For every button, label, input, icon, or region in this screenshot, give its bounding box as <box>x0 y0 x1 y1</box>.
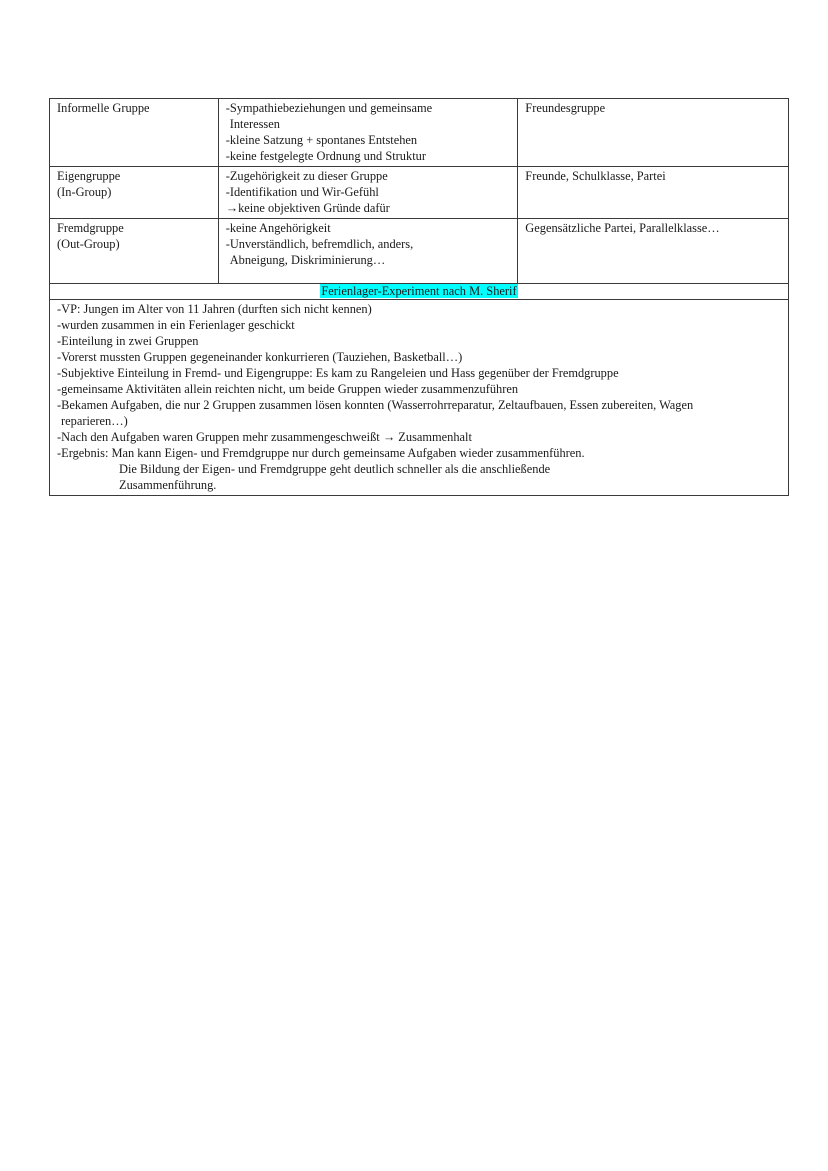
experiment-line: -Einteilung in zwei Gruppen <box>57 333 781 349</box>
feature-line: -keine festgelegte Ordnung und Struktur <box>226 148 511 164</box>
features-cell: -keine Angehörigkeit -Unverständlich, be… <box>218 219 518 284</box>
group-name: Eigengruppe <box>57 168 211 184</box>
experiment-line: -Bekamen Aufgaben, die nur 2 Gruppen zus… <box>57 397 781 413</box>
examples-text: Freundesgruppe <box>525 100 781 116</box>
experiment-result-continuation: Zusammenführung. <box>57 477 781 493</box>
feature-line: -Sympathiebeziehungen und gemeinsame <box>226 100 511 116</box>
experiment-result-continuation: Die Bildung der Eigen- und Fremdgruppe g… <box>57 461 781 477</box>
experiment-title-row: Ferienlager-Experiment nach M. Sherif <box>50 284 789 300</box>
examples-cell: Freunde, Schulklasse, Partei <box>518 167 789 219</box>
examples-text: Freunde, Schulklasse, Partei <box>525 168 781 184</box>
document-page: Informelle Gruppe -Sympathiebeziehungen … <box>0 0 828 1171</box>
group-name: Fremdgruppe <box>57 220 211 236</box>
feature-line: -Unverständlich, befremdlich, anders, <box>226 236 511 252</box>
group-name-cell: Eigengruppe (In-Group) <box>50 167 219 219</box>
feature-line: -Identifikation und Wir-Gefühl <box>226 184 511 200</box>
experiment-line: -wurden zusammen in ein Ferienlager gesc… <box>57 317 781 333</box>
experiment-line: -Nach den Aufgaben waren Gruppen mehr zu… <box>57 429 781 445</box>
examples-cell: Freundesgruppe <box>518 99 789 167</box>
feature-line: -keine Angehörigkeit <box>226 220 511 236</box>
feature-line: →keine objektiven Gründe dafür <box>226 200 511 216</box>
experiment-result: -Ergebnis: Man kann Eigen- und Fremdgrup… <box>57 445 781 461</box>
features-cell: -Zugehörigkeit zu dieser Gruppe -Identif… <box>218 167 518 219</box>
experiment-title: Ferienlager-Experiment nach M. Sherif <box>320 284 517 298</box>
examples-text: Gegensätzliche Partei, Parallelklasse… <box>525 220 781 236</box>
group-name-english: (Out-Group) <box>57 236 211 252</box>
experiment-line: -Vorerst mussten Gruppen gegeneinander k… <box>57 349 781 365</box>
feature-line: Interessen <box>226 116 511 132</box>
features-cell: -Sympathiebeziehungen und gemeinsame Int… <box>218 99 518 167</box>
table-row: Eigengruppe (In-Group) -Zugehörigkeit zu… <box>50 167 789 219</box>
feature-line: -kleine Satzung + spontanes Entstehen <box>226 132 511 148</box>
group-name: Informelle Gruppe <box>57 100 211 116</box>
group-types-table: Informelle Gruppe -Sympathiebeziehungen … <box>49 98 789 496</box>
experiment-body-cell: -VP: Jungen im Alter von 11 Jahren (durf… <box>50 300 789 496</box>
feature-line: -Zugehörigkeit zu dieser Gruppe <box>226 168 511 184</box>
experiment-line: reparieren…) <box>57 413 781 429</box>
experiment-title-cell: Ferienlager-Experiment nach M. Sherif <box>50 284 789 300</box>
experiment-line: -VP: Jungen im Alter von 11 Jahren (durf… <box>57 301 781 317</box>
examples-cell: Gegensätzliche Partei, Parallelklasse… <box>518 219 789 284</box>
table-row: Informelle Gruppe -Sympathiebeziehungen … <box>50 99 789 167</box>
group-name-cell: Informelle Gruppe <box>50 99 219 167</box>
group-name-english: (In-Group) <box>57 184 211 200</box>
group-name-cell: Fremdgruppe (Out-Group) <box>50 219 219 284</box>
experiment-line: -Subjektive Einteilung in Fremd- und Eig… <box>57 365 781 381</box>
experiment-body-row: -VP: Jungen im Alter von 11 Jahren (durf… <box>50 300 789 496</box>
feature-line: Abneigung, Diskriminierung… <box>226 252 511 268</box>
experiment-line: -gemeinsame Aktivitäten allein reichten … <box>57 381 781 397</box>
table-row: Fremdgruppe (Out-Group) -keine Angehörig… <box>50 219 789 284</box>
